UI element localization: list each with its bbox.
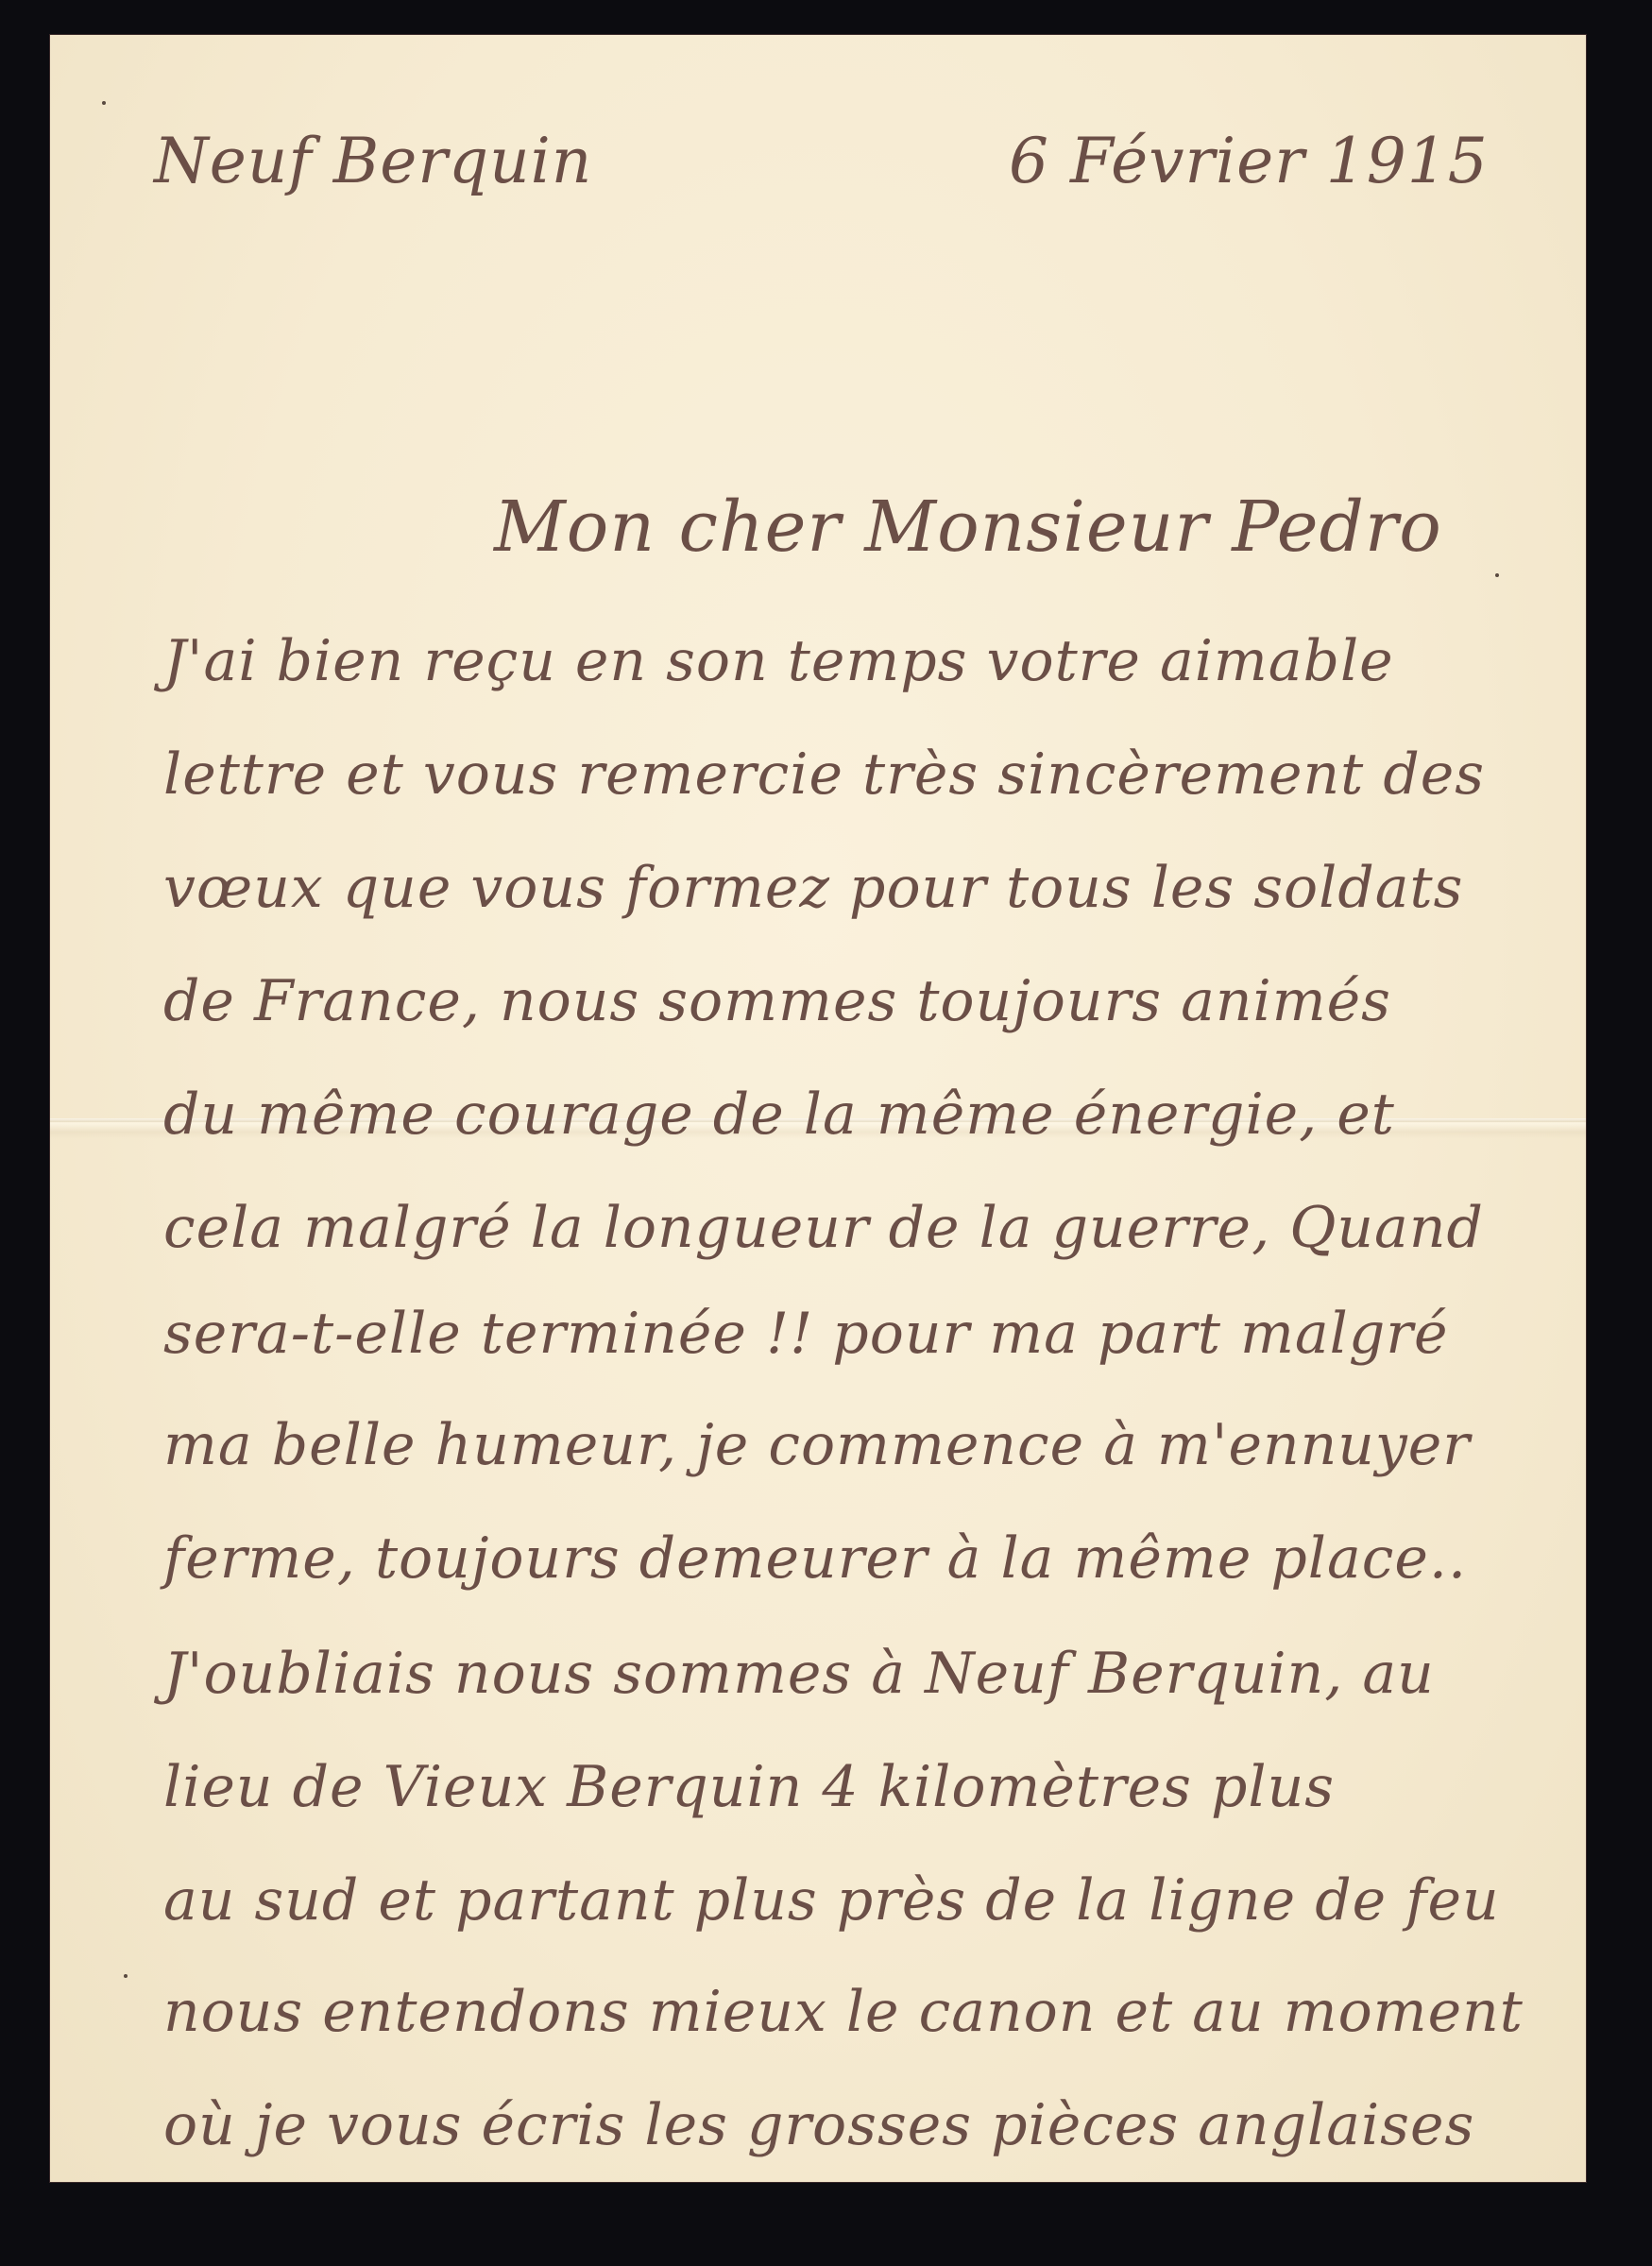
- letter-place: Neuf Berquin: [154, 125, 592, 197]
- letter-date: 6 Février 1915: [1009, 125, 1489, 197]
- letter-body-line: cela malgré la longueur de la guerre, Qu…: [163, 1195, 1484, 1261]
- letter-body-line: sera-t-elle terminée !! pour ma part mal…: [163, 1301, 1448, 1367]
- letter-body-line: J'oubliais nous sommes à Neuf Berquin, a…: [163, 1641, 1435, 1707]
- paper-speck: [124, 1974, 128, 1978]
- letter-body-line: lettre et vous remercie très sincèrement…: [163, 741, 1485, 808]
- scan-background: Neuf Berquin 6 Février 1915 Mon cher Mon…: [0, 0, 1652, 2266]
- letter-body-line: J'ai bien reçu en son temps votre aimabl…: [163, 628, 1394, 694]
- letter-page: Neuf Berquin 6 Février 1915 Mon cher Mon…: [50, 35, 1586, 2182]
- letter-body-line: nous entendons mieux le canon et au mome…: [163, 1979, 1524, 2045]
- letter-body-line: vœux que vous formez pour tous les solda…: [163, 855, 1463, 921]
- letter-body-line: du même courage de la même énergie, et: [163, 1082, 1395, 1148]
- letter-body-line: lieu de Vieux Berquin 4 kilomètres plus: [163, 1754, 1335, 1820]
- letter-salutation: Mon cher Monsieur Pedro: [494, 486, 1442, 568]
- letter-body-line: de France, nous sommes toujours animés: [163, 968, 1391, 1034]
- paper-speck: [1495, 573, 1499, 577]
- letter-body-line: ferme, toujours demeurer à la même place…: [163, 1525, 1467, 1592]
- letter-body-line: au sud et partant plus près de la ligne …: [163, 1867, 1500, 1934]
- paper-speck: [102, 101, 106, 105]
- letter-body-line: où je vous écris les grosses pièces angl…: [163, 2092, 1474, 2158]
- letter-body-line: ma belle humeur, je commence à m'ennuyer: [163, 1412, 1471, 1478]
